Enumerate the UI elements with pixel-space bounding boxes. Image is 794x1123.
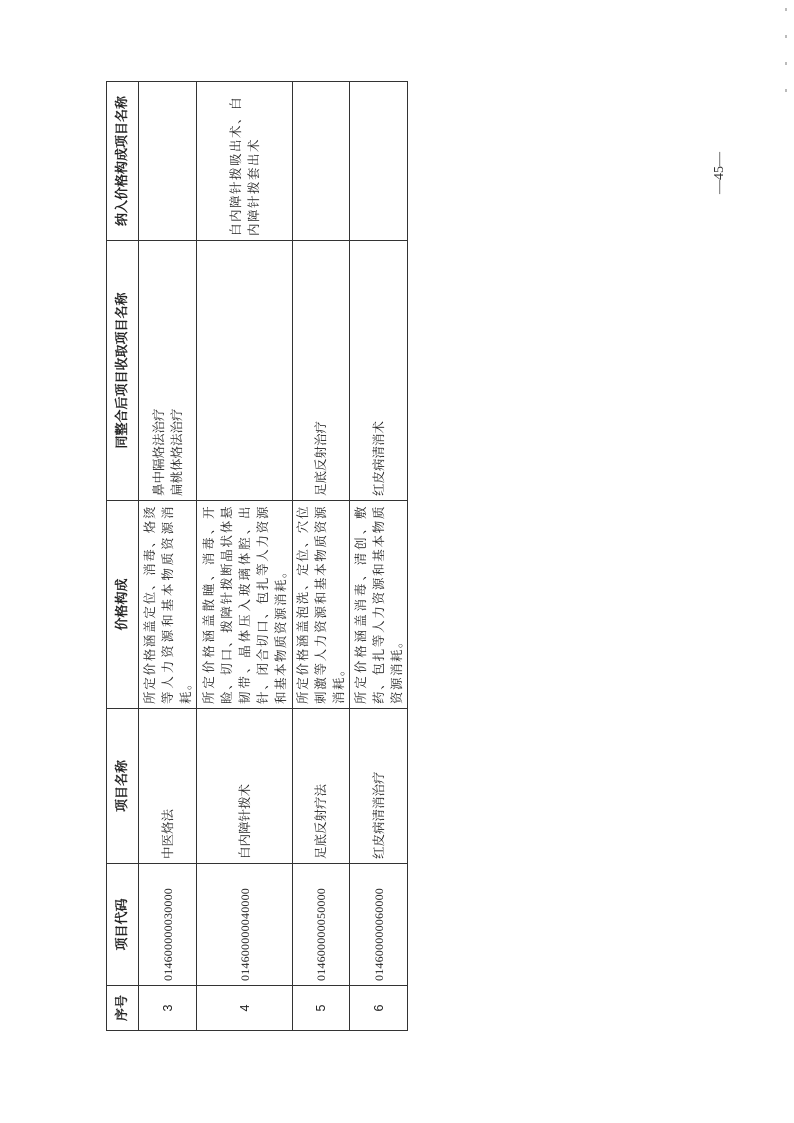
cell-included-items: 白内障针拨吸出术、白内障针拨套出术 xyxy=(197,82,293,241)
merged-item: 扁桃体烙法治疗 xyxy=(168,245,186,496)
cell-name: 中医烙法 xyxy=(139,709,197,864)
cell-included-items xyxy=(350,82,408,241)
cell-included-items xyxy=(293,82,350,241)
header-merged-items: 同整合后项目收取项目名称 xyxy=(107,241,139,501)
cell-price-composition: 所定价格涵盖散瞳、消毒、开睑、切口、拨障针拨断晶状体悬韧带、晶体压入玻璃体腔、出… xyxy=(197,501,293,709)
cell-merged-items: 鼻中隔烙法治疗 扁桃体烙法治疗 xyxy=(139,241,197,501)
merged-item: 足底反射治疗 xyxy=(312,245,330,496)
pricing-items-table: 序号 项目代码 项目名称 价格构成 同整合后项目收取项目名称 纳入价格构成项目名… xyxy=(106,81,408,1031)
scan-edge-marks xyxy=(785,8,788,116)
header-index: 序号 xyxy=(107,986,139,1031)
cell-name: 足底反射疗法 xyxy=(293,709,350,864)
cell-index: 4 xyxy=(197,986,293,1031)
cell-code: 014600000060000 xyxy=(350,864,408,986)
cell-code: 014600000050000 xyxy=(293,864,350,986)
table-row: 4 014600000040000 白内障针拨术 所定价格涵盖散瞳、消毒、开睑、… xyxy=(197,82,293,1031)
cell-index: 3 xyxy=(139,986,197,1031)
table-row: 6 014600000060000 红皮病清消治疗 所定价格涵盖消毒、清创、敷药… xyxy=(350,82,408,1031)
merged-item: 红皮病清消术 xyxy=(370,245,388,496)
table-header-row: 序号 项目代码 项目名称 价格构成 同整合后项目收取项目名称 纳入价格构成项目名… xyxy=(107,82,139,1031)
merged-item: 鼻中隔烙法治疗 xyxy=(150,245,168,496)
cell-index: 6 xyxy=(350,986,408,1031)
cell-price-composition: 所定价格涵盖消毒、清创、敷药、包扎等人力资源和基本物质资源消耗。 xyxy=(350,501,408,709)
cell-merged-items: 红皮病清消术 xyxy=(350,241,408,501)
header-code: 项目代码 xyxy=(107,864,139,986)
cell-name: 白内障针拨术 xyxy=(197,709,293,864)
table-row: 5 014600000050000 足底反射疗法 所定价格涵盖泡洗、定位、穴位刺… xyxy=(293,82,350,1031)
cell-index: 5 xyxy=(293,986,350,1031)
cell-code: 014600000040000 xyxy=(197,864,293,986)
header-name: 项目名称 xyxy=(107,709,139,864)
cell-price-composition: 所定价格涵盖定位、消毒、烙烫等人力资源和基本物质资源消耗。 xyxy=(139,501,197,709)
header-included-items: 纳入价格构成项目名称 xyxy=(107,82,139,241)
cell-merged-items: 足底反射治疗 xyxy=(293,241,350,501)
rotated-table-container: 序号 项目代码 项目名称 价格构成 同整合后项目收取项目名称 纳入价格构成项目名… xyxy=(106,82,406,1031)
cell-code: 014600000030000 xyxy=(139,864,197,986)
cell-price-composition: 所定价格涵盖泡洗、定位、穴位刺激等人力资源和基本物质资源消耗。 xyxy=(293,501,350,709)
cell-name: 红皮病清消治疗 xyxy=(350,709,408,864)
cell-merged-items xyxy=(197,241,293,501)
table-row: 3 014600000030000 中医烙法 所定价格涵盖定位、消毒、烙烫等人力… xyxy=(139,82,197,1031)
header-price-composition: 价格构成 xyxy=(107,501,139,709)
cell-included-items xyxy=(139,82,197,241)
page-number: —45— xyxy=(712,143,728,203)
